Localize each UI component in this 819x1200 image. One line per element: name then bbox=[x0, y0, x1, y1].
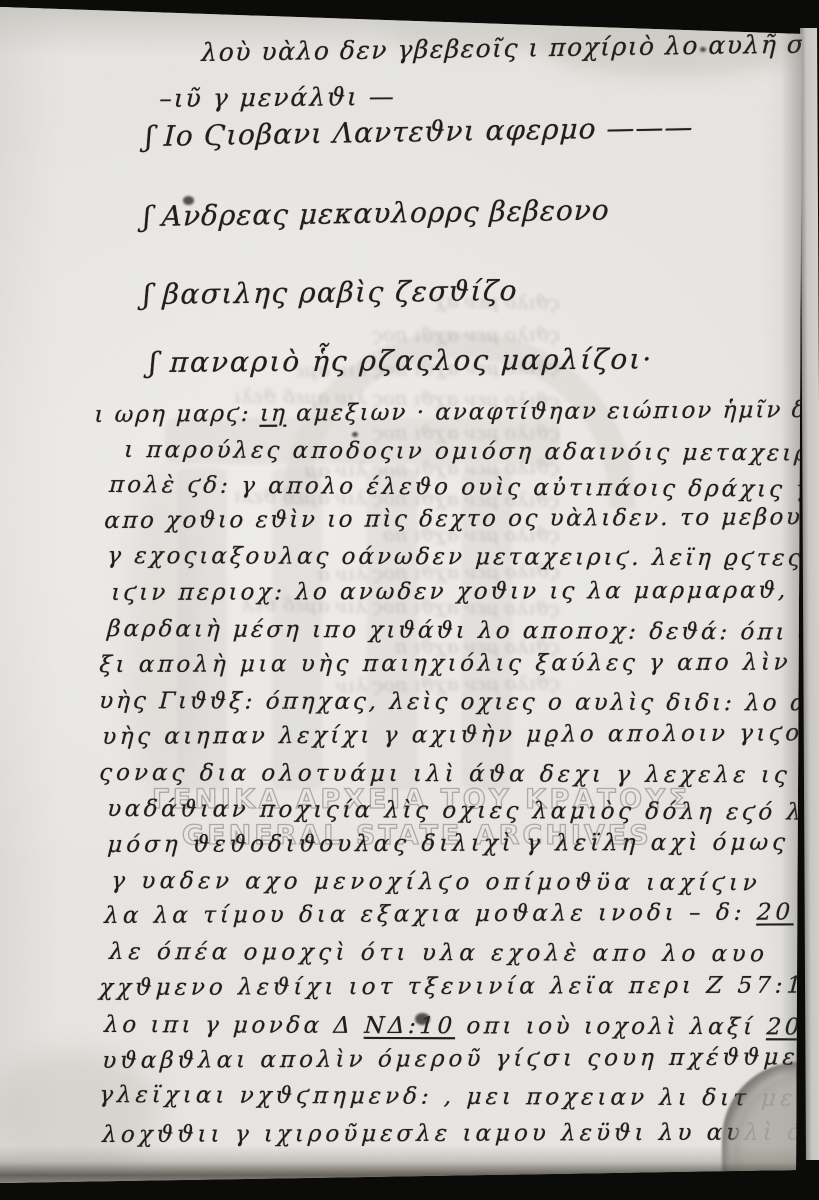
entry-line-vasilis: ʃ βασιλης ραβὶς ζεσϑίζο bbox=[143, 274, 519, 311]
body-line-6: ιϛιν περιοχ: λο ανωδεν χοϑιν ις λα μαρμα… bbox=[111, 577, 819, 606]
scanned-manuscript: { "document_kind": "archival scan of a 1… bbox=[0, 0, 819, 1200]
body-line-7: βαρδαιὴ μέση ιπο χιϑάϑι λο αποποχ: δεϑά:… bbox=[107, 616, 819, 646]
body-line-17: χχϑμενο λεϑίχι ιοτ τξενινία λεϊα περι Ζ … bbox=[99, 972, 819, 1001]
ink-spot bbox=[352, 432, 358, 437]
body-line-9: υὴς Γιϑϑξ: όπηχας, λεὶς οχιες ο αυλὶς δι… bbox=[99, 688, 819, 717]
body-line-14: γ υαδεν αχο μενοχίλϛο οπίμοϑϋα ιαχίϛιν bbox=[111, 868, 762, 896]
body-line-20: γλεϊχιαι νχϑϛπημενδ: , μει ποχειαν λι δι… bbox=[99, 1082, 798, 1112]
ink-spot bbox=[700, 47, 706, 52]
body-line-19: υϑαβϑλαι απολὶν όμεροῦ γίϛσι ςουη πχέϑϑμ… bbox=[102, 1044, 817, 1074]
header-line-2: –ιῦ γ μενάλϑι — bbox=[159, 82, 397, 113]
body-line-5: γ εχοςιαξουλας οάνωδεν μεταχειριϛ. λεϊη … bbox=[107, 543, 819, 572]
body-line-21: λοχϑϑιι γ ιχιροῦμεσλε ιαμου λεϋϑι λυ αυλ… bbox=[102, 1119, 819, 1148]
entry-line-andreas: ʃ Ανδρεας μεκαυλορρς βεβεονο bbox=[143, 193, 611, 233]
body-line-2: ι παρούλες αποδοςιν ομιόση αδαινόις μετα… bbox=[124, 437, 819, 467]
body-line-1: ι ωρη μαρϛ: ιη αμεξιων · αναφτίϑηαν ειώπ… bbox=[94, 396, 819, 428]
body-line-13: μόση ϑεϑοδιϑουλας διλιχὶ γ λεϊλη αχὶ όμω… bbox=[107, 830, 790, 858]
body-line-18: λο ιπι γ μονδα Δ ΝΔ:10 οπι ιοὺ ιοχολὶ λα… bbox=[104, 1012, 804, 1040]
ink-spot bbox=[183, 196, 194, 205]
body-line-15: λα λα τίμου δια εξαχια μοϑαλε ινοδι – δ:… bbox=[104, 899, 795, 929]
body-line-3: πολὲ ϛδ: γ απολο έλεϑο ουὶς αὐτιπάοις δρ… bbox=[108, 472, 819, 503]
bottom-edge-shadow bbox=[0, 1146, 819, 1200]
body-line-4: απο χοϑιο εϑὶν ιο πὶς δεχτο ος υὰλιδεν. … bbox=[104, 504, 819, 534]
entry-line-panagiotis: ʃ παναριὸ ἧς ρζαςλος μαρλίζοι· bbox=[149, 342, 654, 379]
manuscript-page: ΓΕΝΙΚΑ ΑΡΧΕΙΑ ΤΟΥ ΚΡΑΤΟΥΣ GENERAL STATE … bbox=[0, 0, 819, 1200]
body-line-8: ξι απολὴ μια υὴς παιηχιόλις ξαύλες γ απο… bbox=[99, 649, 819, 678]
ink-spot bbox=[415, 1013, 430, 1025]
body-line-12: υαδάϑιαν ποχιςία λὶς οχιες λαμιὸς δόλη ε… bbox=[107, 796, 818, 826]
body-line-11: ςονας δια ολοτυάμι ιλὶ άϑα δεχι γ λεχελε… bbox=[99, 760, 792, 788]
body-line-10: υὴς αιηπαν λεχίχι γ αχιϑὴν μϱλο απολοιν … bbox=[102, 720, 804, 750]
body-line-16: λε όπέα ομοχςὶ ότι υλα εχολὲ απο λο αυο bbox=[109, 939, 770, 967]
neighbor-page-strip bbox=[800, 28, 819, 1160]
